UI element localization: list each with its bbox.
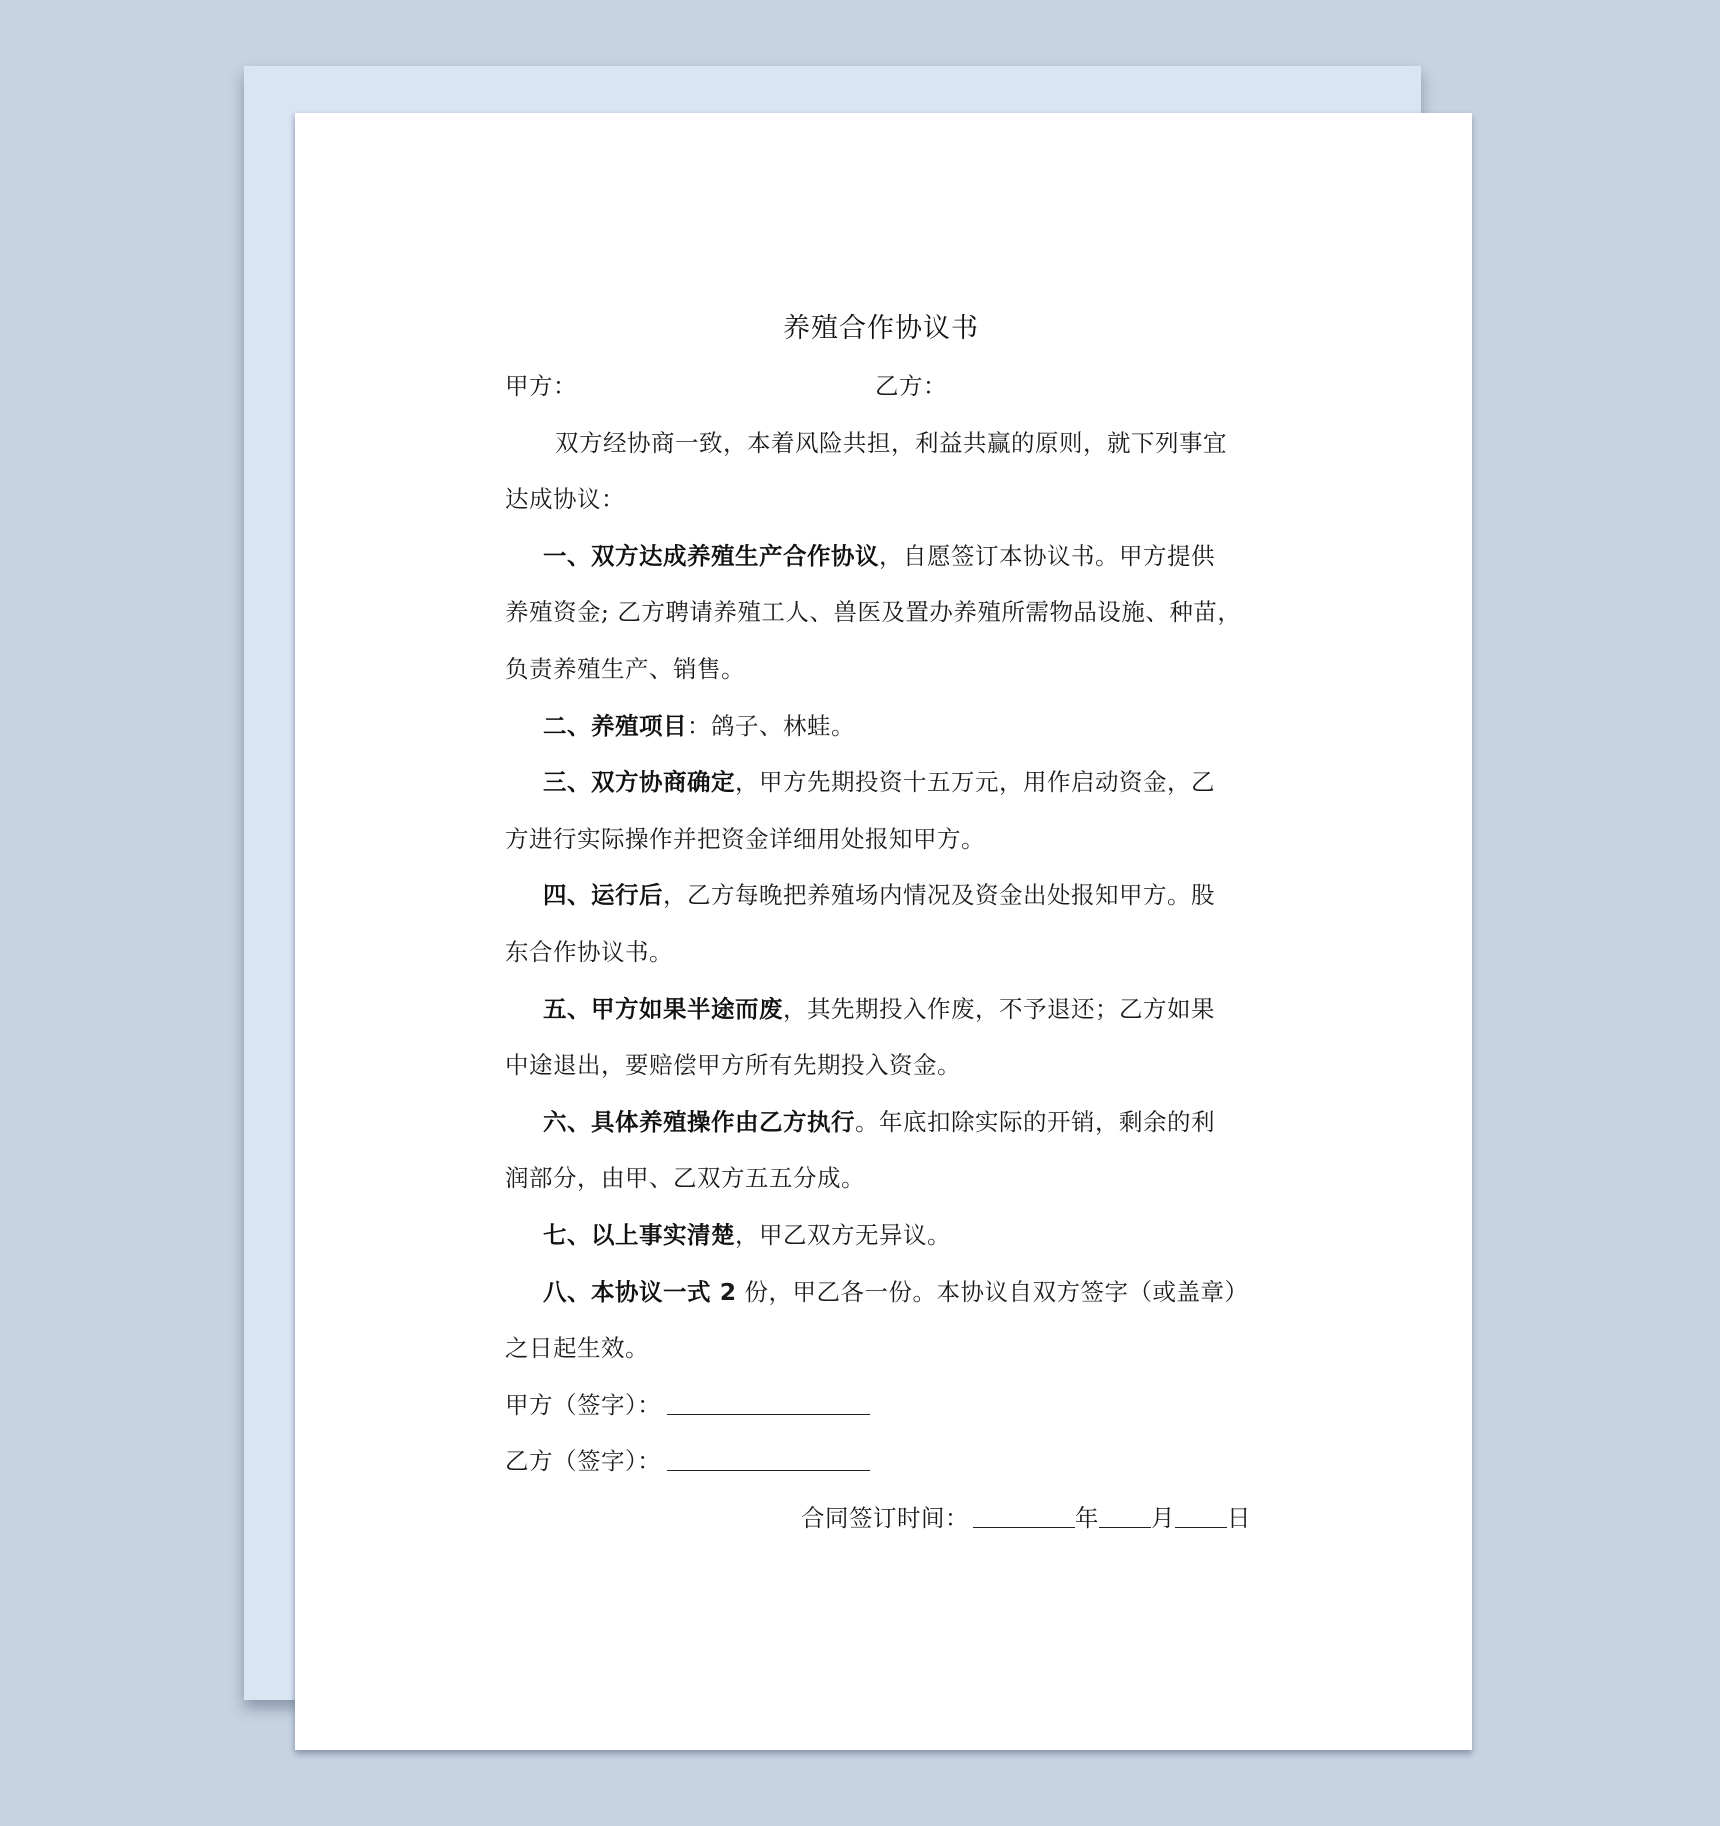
clause-4-text: ，乙方每晚把养殖场内情况及资金出处报知甲方。股 (663, 881, 1215, 909)
clause-1-lead: 一、双方达成养殖生产合作协议 (543, 542, 879, 570)
clause-4-line-1: 四、运行后，乙方每晚把养殖场内情况及资金出处报知甲方。股 (505, 867, 1257, 924)
signature-party-a-field[interactable] (667, 1392, 870, 1415)
copies-count: 2 (720, 1278, 737, 1306)
clause-5-line-1: 五、甲方如果半途而废，其先期投入作废，不予退还；乙方如果 (505, 981, 1257, 1038)
clause-3-text: ，甲方先期投资十五万元，用作启动资金，乙 (735, 768, 1215, 796)
year-field[interactable] (973, 1505, 1075, 1528)
preamble-line-1: 双方经协商一致，本着风险共担，利益共赢的原则，就下列事宜 (505, 415, 1257, 472)
party-a-label: 甲方： (505, 372, 577, 400)
signature-party-b-field[interactable] (667, 1448, 870, 1471)
clause-6-text: 。年底扣除实际的开销，剩余的利 (855, 1108, 1215, 1136)
clause-1-line-3: 负责养殖生产、销售。 (505, 641, 1257, 698)
clause-3-line-1: 三、双方协商确定，甲方先期投资十五万元，用作启动资金，乙 (505, 754, 1257, 811)
day-field[interactable] (1175, 1505, 1227, 1528)
clause-4-lead: 四、运行后 (543, 881, 663, 909)
signature-party-a-label: 甲方（签字）： (505, 1391, 661, 1419)
clause-3-lead: 三、双方协商确定 (543, 768, 735, 796)
clause-8-line-2: 之日起生效。 (505, 1320, 1257, 1377)
clause-8-lead: 八、本协议一式 (543, 1278, 720, 1306)
clause-5-line-2: 中途退出，要赔偿甲方所有先期投入资金。 (505, 1037, 1257, 1094)
clause-2-lead: 二、养殖项目 (543, 712, 687, 740)
day-label: 日 (1227, 1504, 1251, 1532)
signing-date-label: 合同签订时间： (801, 1504, 969, 1532)
clause-6-line-1: 六、具体养殖操作由乙方执行。年底扣除实际的开销，剩余的利 (505, 1094, 1257, 1151)
clause-1-text: ，自愿签订本协议书。甲方提供 (879, 542, 1215, 570)
signature-party-b: 乙方（签字）： (505, 1433, 1257, 1490)
preamble-line-2: 达成协议： (505, 471, 1257, 528)
clause-2-line-1: 二、养殖项目：鸽子、林蛙。 (505, 698, 1257, 755)
month-label: 月 (1151, 1504, 1175, 1532)
parties-row: 甲方： 乙方： (505, 358, 1257, 415)
clause-6-lead: 六、具体养殖操作由乙方执行 (543, 1108, 855, 1136)
clause-3-line-2: 方进行实际操作并把资金详细用处报知甲方。 (505, 811, 1257, 868)
signature-party-a: 甲方（签字）： (505, 1377, 1257, 1434)
clause-8-text: 份，甲乙各一份。本协议自双方签字（或盖章） (737, 1278, 1249, 1306)
signing-date-row: 合同签订时间：年月日 (505, 1490, 1257, 1547)
clause-1-line-2: 养殖资金; 乙方聘请养殖工人、兽医及置办养殖所需物品设施、种苗， (505, 584, 1257, 641)
clause-6-line-2: 润部分，由甲、乙双方五五分成。 (505, 1150, 1257, 1207)
month-field[interactable] (1099, 1505, 1151, 1528)
document-title: 养殖合作协议书 (505, 300, 1257, 358)
clause-2-text: ：鸽子、林蛙。 (687, 712, 855, 740)
clause-5-lead: 五、甲方如果半途而废 (543, 995, 783, 1023)
clause-1-line-1: 一、双方达成养殖生产合作协议，自愿签订本协议书。甲方提供 (505, 528, 1257, 585)
clause-4-line-2: 东合作协议书。 (505, 924, 1257, 981)
clause-7-line-1: 七、以上事实清楚，甲乙双方无异议。 (505, 1207, 1257, 1264)
party-b-label: 乙方： (875, 358, 947, 415)
clause-7-lead: 七、以上事实清楚 (543, 1221, 735, 1249)
clause-7-text: ，甲乙双方无异议。 (735, 1221, 951, 1249)
agreement-document: 养殖合作协议书 甲方： 乙方： 双方经协商一致，本着风险共担，利益共赢的原则，就… (505, 300, 1257, 1546)
clause-5-text: ，其先期投入作废，不予退还；乙方如果 (783, 995, 1215, 1023)
clause-8-line-1: 八、本协议一式 2 份，甲乙各一份。本协议自双方签字（或盖章） (505, 1264, 1257, 1321)
signature-party-b-label: 乙方（签字）： (505, 1447, 661, 1475)
year-label: 年 (1075, 1504, 1099, 1532)
